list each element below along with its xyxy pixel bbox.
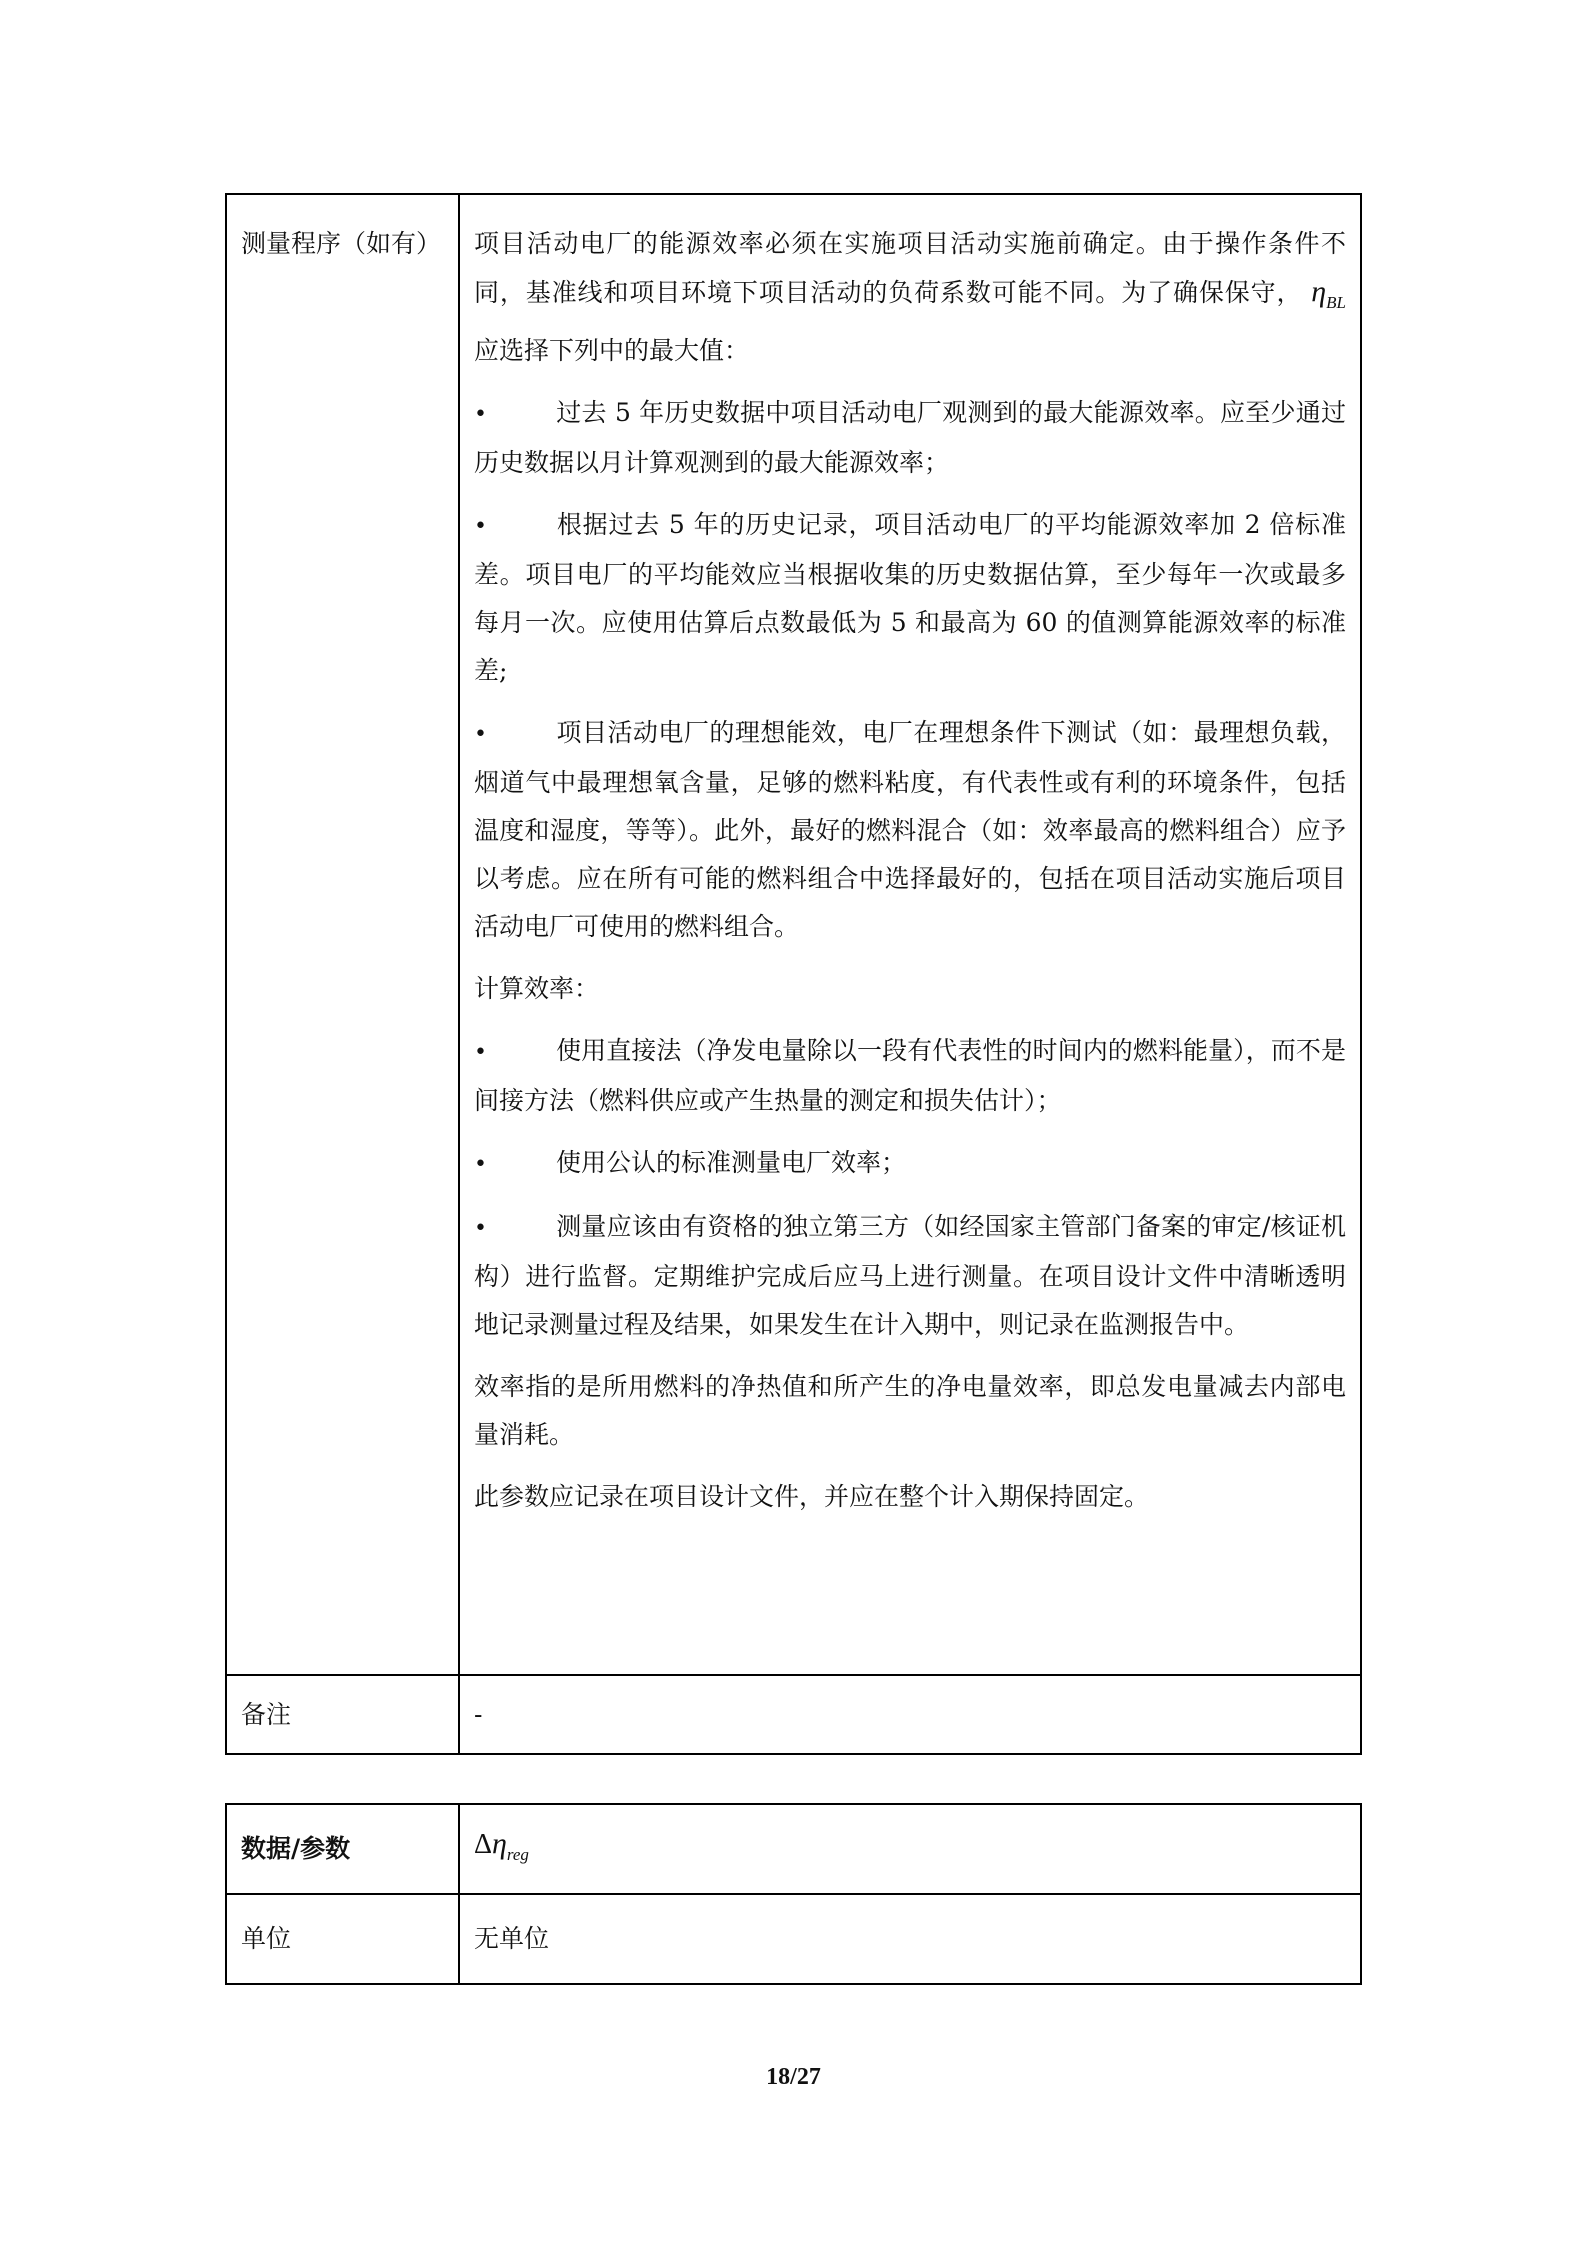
row-label-data-parameter: 数据/参数 [226,1804,459,1894]
bullet-icon: • [474,503,556,551]
row-label-remarks: 备注 [226,1675,459,1754]
list-item-calc-2: •使用公认的标准测量电厂效率； [474,1139,1346,1189]
table-row-measurement-procedure: 测量程序（如有） 项目活动电厂的能源效率必须在实施项目活动实施前确定。由于操作条… [226,194,1361,1675]
list-item-criteria-2: •根据过去 5 年的历史记录，项目活动电厂的平均能源效率加 2 倍标准差。项目电… [474,501,1346,695]
row-value-data-parameter: Δηreg [459,1804,1361,1894]
bullet-icon: • [474,1029,556,1077]
table-row-data-parameter: 数据/参数 Δηreg [226,1804,1361,1894]
row-value-measurement-procedure: 项目活动电厂的能源效率必须在实施项目活动实施前确定。由于操作条件不同，基准线和项… [459,194,1361,1675]
bullet-icon: • [474,711,556,759]
page-number: 18/27 [0,2064,1587,2091]
list-item-calc-1: •使用直接法（净发电量除以一段有代表性的时间内的燃料能量），而不是间接方法（燃料… [474,1027,1346,1125]
list-item-criteria-1: •过去 5 年历史数据中项目活动电厂观测到的最大能源效率。应至少通过历史数据以月… [474,389,1346,487]
bullet-icon: • [474,1205,556,1253]
bullet-icon: • [474,1141,556,1189]
list-item-calc-3: •测量应该由有资格的独立第三方（如经国家主管部门备案的审定/核证机构）进行监督。… [474,1203,1346,1349]
list-item-criteria-3: •项目活动电厂的理想能效，电厂在理想条件下测试（如：最理想负载，烟道气中最理想氧… [474,709,1346,951]
intro-text-part1: 项目活动电厂的能源效率必须在实施项目活动实施前确定。由于操作条件不同，基准线和项… [474,229,1346,307]
fixed-paragraph: 此参数应记录在项目设计文件，并应在整个计入期保持固定。 [474,1473,1346,1521]
row-value-remarks: - [459,1675,1361,1754]
table-row-remarks: 备注 - [226,1675,1361,1754]
row-label-unit: 单位 [226,1894,459,1984]
row-label-measurement-procedure: 测量程序（如有） [226,194,459,1675]
delta-eta-reg-symbol: Δηreg [474,1827,529,1860]
table-row-unit: 单位 无单位 [226,1894,1361,1984]
intro-paragraph: 项目活动电厂的能源效率必须在实施项目活动实施前确定。由于操作条件不同，基准线和项… [474,220,1346,375]
calc-heading: 计算效率： [474,965,1346,1013]
parameter-table-delta-eta-reg: 数据/参数 Δηreg 单位 无单位 [225,1803,1362,1985]
definition-paragraph: 效率指的是所用燃料的净热值和所产生的净电量效率，即总发电量减去内部电量消耗。 [474,1363,1346,1459]
bullet-icon: • [474,391,556,439]
parameter-table-measurement: 测量程序（如有） 项目活动电厂的能源效率必须在实施项目活动实施前确定。由于操作条… [225,193,1362,1755]
intro-text-part2: 应选择下列中的最大值： [474,336,749,365]
eta-bl-symbol: ηBL [1311,275,1346,308]
row-value-unit: 无单位 [459,1894,1361,1984]
